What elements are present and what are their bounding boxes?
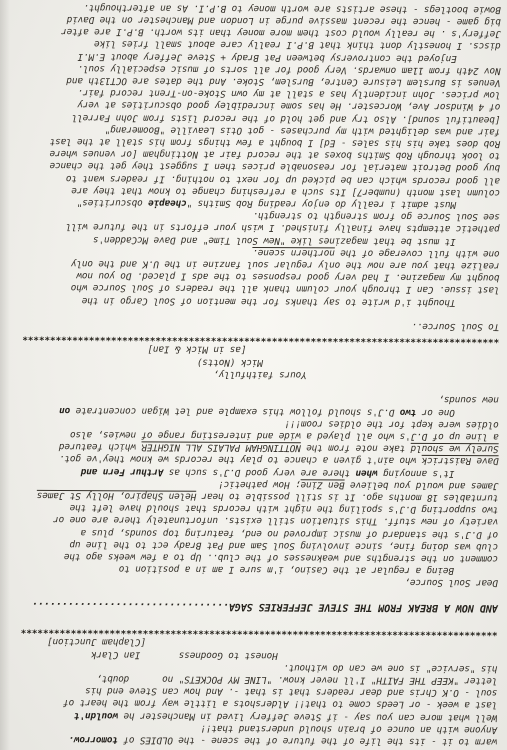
text-line: column last month (number7] Its such a r… xyxy=(10,183,500,198)
text-line: It must be that magazines like "New Soul… xyxy=(10,232,500,247)
text-line: It's annoying when there are very good D… xyxy=(8,464,498,479)
text-line: turntables 18 months ago. It is still po… xyxy=(8,488,498,503)
text-line: Mick (Notts) xyxy=(9,354,499,369)
text-line: Thought i'd write to say thanks for the … xyxy=(9,293,499,308)
text-line: big game - hence the recent massive purg… xyxy=(11,13,501,28)
text-line: Jeffery's . he really would cost them mo… xyxy=(11,25,501,40)
text-line: Dear Soul Source, xyxy=(8,574,498,589)
scanned-letters-page: warm to it - its the life of the future … xyxy=(0,0,507,750)
text-line: Yours faithfully, xyxy=(9,366,499,381)
text-line: of D.J's the standard of music improved … xyxy=(8,525,498,540)
text-line: Rob does take his his sales - Ed] I boug… xyxy=(10,135,500,150)
text-line: [Clapham Junction] xyxy=(8,635,498,650)
text-line: Bowie bootlegs - these artists are worth… xyxy=(11,0,501,15)
text-line: his "service" is one we can do without. xyxy=(7,659,497,674)
text-line: [beautiful sound]. Also try and get hold… xyxy=(10,110,500,125)
text-line: Venues is Burslem Leisure Centre, Bursle… xyxy=(11,74,501,89)
text-line xyxy=(9,305,499,320)
text-line: comment on the strengths and weaknesses … xyxy=(8,549,498,564)
divider-line: ****************************************… xyxy=(9,330,499,345)
text-line: warm to it - its the life of the future … xyxy=(7,733,497,748)
text-line: Must admit i really do enjoy reading Rob… xyxy=(10,196,500,211)
text-line xyxy=(9,379,499,394)
text-line: club was doing fine, since involving Sou… xyxy=(8,537,498,552)
text-line: Enjoyed the controversy between Pat Brad… xyxy=(11,49,501,64)
text-line: Nov 24th from 11am onwards. Very good fo… xyxy=(11,61,501,76)
text-line: One or two D.J's should follow this exam… xyxy=(9,403,499,418)
text-line: Well what more can you say - if Steve Je… xyxy=(7,708,497,723)
page-rotation-wrapper: warm to it - its the life of the future … xyxy=(0,0,507,750)
text-line: Honest to Goodness Ian Clark xyxy=(8,647,498,662)
section-heading: AND NOW A BREAK FROM THE STEVE JEFFERIES… xyxy=(8,598,498,613)
text-line: a line up of D.J's who all played a wide… xyxy=(9,427,499,442)
text-line: pathetic attempts have finally finished.… xyxy=(10,220,500,235)
text-line: Being a regular at the Casino, i'm sure … xyxy=(8,562,498,577)
text-line: [as in Mick & Ian] xyxy=(9,342,499,357)
text-line: all good records which can be picked up … xyxy=(10,171,500,186)
text-line: letter "KEEP THE FAITH" I'll never know.… xyxy=(7,671,497,686)
